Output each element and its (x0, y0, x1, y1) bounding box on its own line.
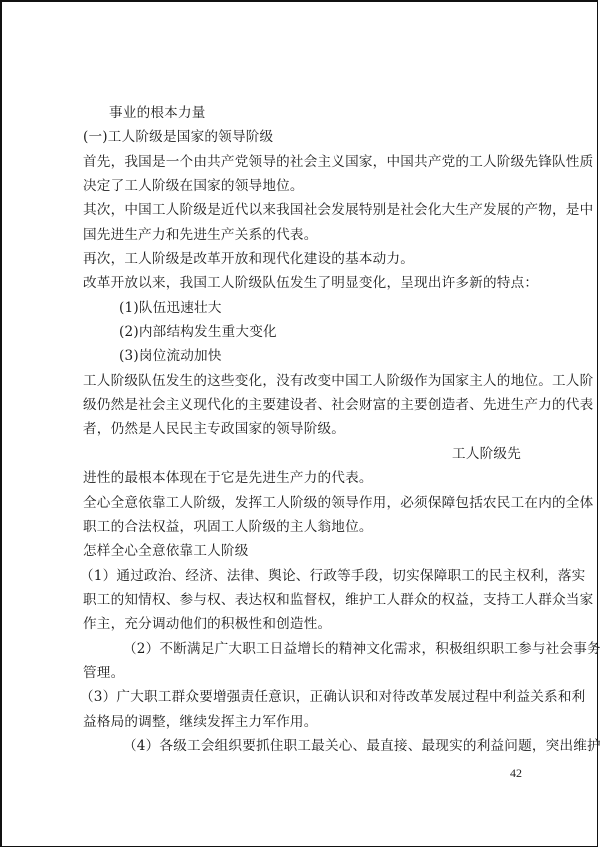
paragraph-line: 管理。 (83, 661, 521, 685)
subheading: 怎样全心全意依靠工人阶级 (83, 539, 521, 563)
list-item: （3）广大职工群众要增强责任意识，正确认识和对待改革发展过程中利益关系和利 (80, 685, 521, 709)
paragraph-line: 职工的合法权益，巩固工人阶级的主人翁地位。 (83, 515, 521, 539)
paragraph-line: 级仍然是社会主义现代化的主要建设者、社会财富的主要创造者、先进生产力的代表 (83, 393, 521, 417)
paragraph-line: 其次，中国工人阶级是近代以来我国社会发展特别是社会化大生产发展的产物，是中 (83, 198, 521, 222)
section-heading: (一)工人阶级是国家的领导阶级 (83, 125, 521, 149)
list-item: （4）各级工会组织要抓住职工最关心、最直接、最现实的利益问题，突出维护 (83, 734, 521, 758)
paragraph-line: 作主，充分调动他们的积极性和创造性。 (83, 612, 521, 636)
paragraph-line: 全心全意依靠工人阶级，发挥工人阶级的领导作用，必须保障包括农民工在内的全体 (83, 491, 521, 515)
paragraph-line: 改革开放以来，我国工人阶级队伍发生了明显变化，呈现出许多新的特点： (83, 271, 521, 295)
paragraph-line: 进性的最根本体现在于它是先进生产力的代表。 (83, 466, 521, 490)
paragraph-line: 国先进生产力和先进生产关系的代表。 (83, 223, 521, 247)
paragraph-line: 再次，工人阶级是改革开放和现代化建设的基本动力。 (83, 247, 521, 271)
list-item: (3)岗位流动加快 (83, 344, 521, 368)
paragraph-line: 首先，我国是一个由共产党领导的社会主义国家，中国共产党的工人阶级先锋队性质 (83, 150, 521, 174)
document-page: 事业的根本力量 (一)工人阶级是国家的领导阶级 首先，我国是一个由共产党领导的社… (0, 0, 598, 847)
list-item: （1）通过政治、经济、法律、舆论、行政等手段，切实保障职工的民主权利，落实 (80, 564, 521, 588)
list-item: （2）不断满足广大职工日益增长的精神文化需求，积极组织职工参与社会事务 (83, 637, 521, 661)
list-item: (1)队伍迅速壮大 (83, 296, 521, 320)
page-body: 事业的根本力量 (一)工人阶级是国家的领导阶级 首先，我国是一个由共产党领导的社… (83, 101, 521, 758)
paragraph-line-right: 工人阶级先 (83, 442, 521, 466)
paragraph-line: 者，仍然是人民民主专政国家的领导阶级。 (83, 417, 521, 441)
paragraph-line: 职工的知情权、参与权、表达权和监督权，维护工人群众的权益，支持工人群众当家 (83, 588, 521, 612)
paragraph-line: 工人阶级队伍发生的这些变化，没有改变中国工人阶级作为国家主人的地位。工人阶 (83, 369, 521, 393)
page-number: 42 (510, 766, 522, 781)
text-line-continuation: 事业的根本力量 (83, 101, 521, 125)
paragraph-line: 决定了工人阶级在国家的领导地位。 (83, 174, 521, 198)
paragraph-line: 益格局的调整，继续发挥主力军作用。 (83, 710, 521, 734)
list-item: (2)内部结构发生重大变化 (83, 320, 521, 344)
